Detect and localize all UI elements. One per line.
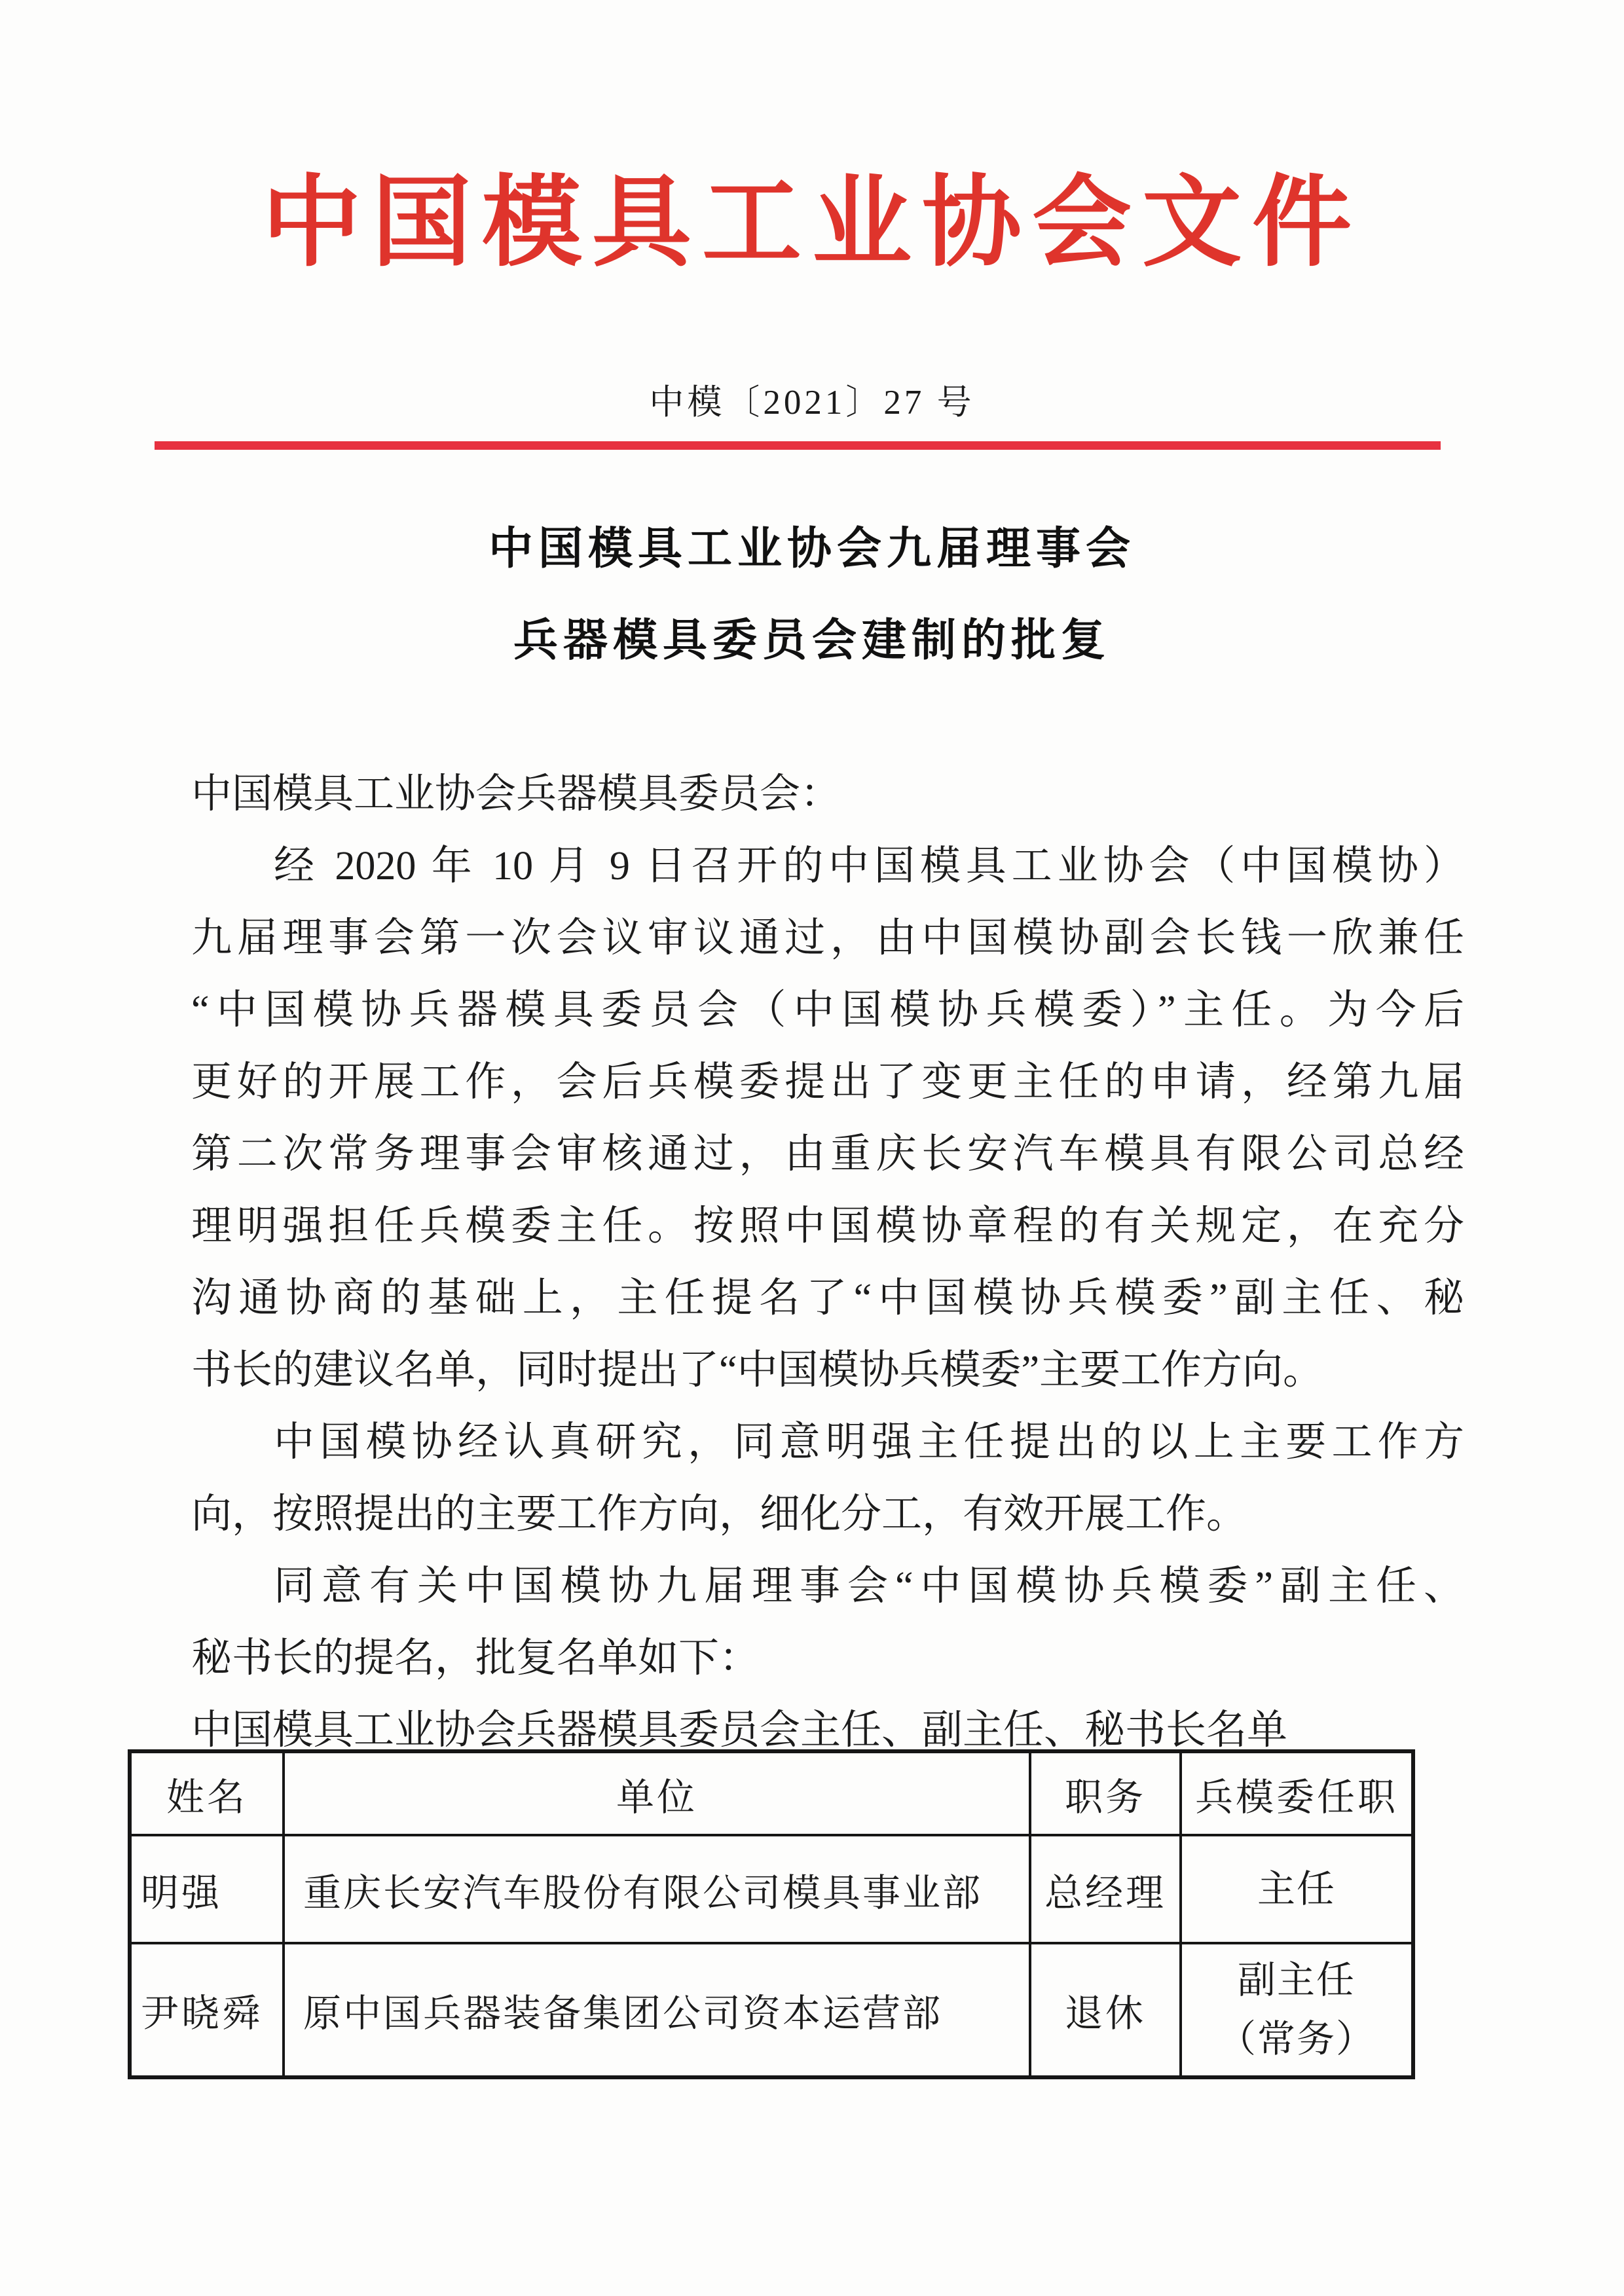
- column-header-name: 姓名: [130, 1751, 284, 1835]
- document-body: 中国模具工业协会兵器模具委员会： 经 2020 年 10 月 9 日召开的中国模…: [191, 758, 1464, 1766]
- body-line: 书长的建议名单，同时提出了“中国模协兵模委”主要工作方向。: [191, 1334, 1464, 1406]
- body-line: 九届理事会第一次会议审议通过，由中国模协副会长钱一欣兼任: [191, 902, 1464, 974]
- cell-committee-role: 副主任 （常务）: [1181, 1943, 1413, 2077]
- cell-position: 总经理: [1030, 1835, 1181, 1943]
- red-header-title: 中国模具工业协会文件: [0, 169, 1624, 278]
- body-line: 秘书长的提名，批复名单如下：: [191, 1622, 1464, 1694]
- cell-position: 退休: [1030, 1943, 1181, 2077]
- table-row: 尹晓舜 原中国兵器装备集团公司资本运营部 退休 副主任 （常务）: [130, 1943, 1413, 2077]
- column-header-committee-role: 兵模委任职: [1181, 1751, 1413, 1835]
- roster-table: 姓名 单位 职务 兵模委任职 明强 重庆长安汽车股份有限公司模具事业部 总经理 …: [128, 1749, 1415, 2079]
- document-title-line-1: 中国模具工业协会九届理事会: [0, 503, 1624, 594]
- body-line: 第二次常务理事会审核通过，由重庆长安汽车模具有限公司总经: [191, 1118, 1464, 1190]
- body-line: 经 2020 年 10 月 9 日召开的中国模具工业协会（中国模协）: [191, 830, 1464, 902]
- scanned-document-page: 中国模具工业协会文件 中模〔2021〕27 号 中国模具工业协会九届理事会 兵器…: [0, 0, 1624, 2296]
- red-divider-line: [155, 441, 1441, 450]
- cell-committee-role: 主任: [1181, 1835, 1413, 1943]
- salutation-line: 中国模具工业协会兵器模具委员会：: [191, 758, 1464, 830]
- document-title: 中国模具工业协会九届理事会 兵器模具委员会建制的批复: [0, 503, 1624, 686]
- body-line: “中国模协兵器模具委员会（中国模协兵模委）”主任。为今后: [191, 974, 1464, 1046]
- body-line: 更好的开展工作，会后兵模委提出了变更主任的申请，经第九届: [191, 1046, 1464, 1118]
- body-line: 同意有关中国模协九届理事会“中国模协兵模委”副主任、: [191, 1550, 1464, 1622]
- cell-name: 明强: [130, 1835, 284, 1943]
- document-number: 中模〔2021〕27 号: [0, 374, 1624, 424]
- cell-unit: 原中国兵器装备集团公司资本运营部: [284, 1943, 1030, 2077]
- body-line: 中国模协经认真研究，同意明强主任提出的以上主要工作方: [191, 1406, 1464, 1478]
- body-line: 向，按照提出的主要工作方向，细化分工，有效开展工作。: [191, 1478, 1464, 1550]
- table-header-row: 姓名 单位 职务 兵模委任职: [130, 1751, 1413, 1835]
- document-title-line-2: 兵器模具委员会建制的批复: [0, 594, 1624, 686]
- cell-name: 尹晓舜: [130, 1943, 284, 2077]
- column-header-position: 职务: [1030, 1751, 1181, 1835]
- cell-unit: 重庆长安汽车股份有限公司模具事业部: [284, 1835, 1030, 1943]
- column-header-unit: 单位: [284, 1751, 1030, 1835]
- table-row: 明强 重庆长安汽车股份有限公司模具事业部 总经理 主任: [130, 1835, 1413, 1943]
- body-line: 沟通协商的基础上，主任提名了“中国模协兵模委”副主任、秘: [191, 1262, 1464, 1334]
- body-line: 理明强担任兵模委主任。按照中国模协章程的有关规定，在充分: [191, 1190, 1464, 1262]
